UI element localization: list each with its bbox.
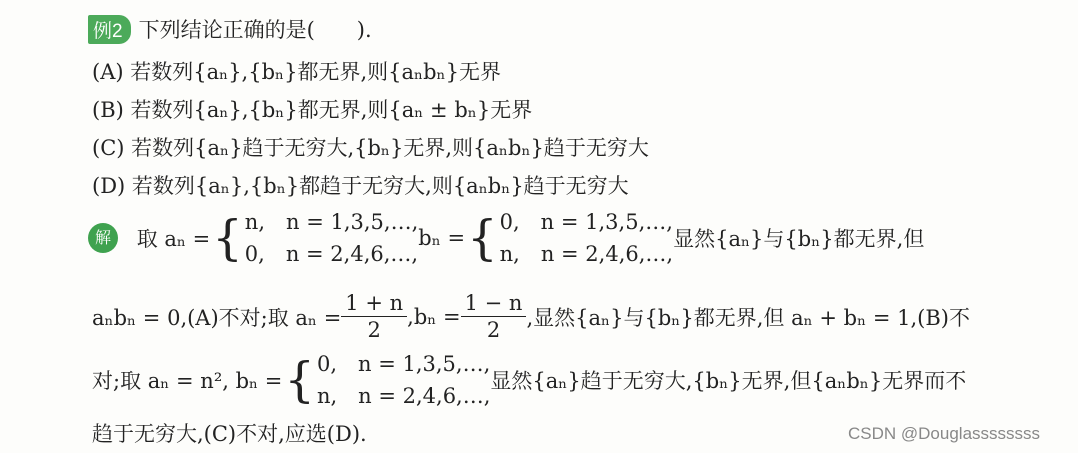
solution-line-1: 解 取 aₙ = { n, n = 1,3,5,…,0, n = 2,4,6,…… (88, 206, 924, 270)
question-text: 下列结论正确的是( ). (139, 18, 372, 42)
brace-icon: { (467, 214, 498, 262)
case: n, n = 1,3,5,…, (245, 206, 418, 238)
case: 0, n = 1,3,5,…, (500, 206, 673, 238)
fraction: 1 − n2 (461, 290, 527, 343)
example-badge: 例2 (88, 15, 131, 44)
option-a: (A) 若数列{aₙ},{bₙ}都无界,则{aₙbₙ}无界 (92, 56, 501, 86)
question-line: 例2下列结论正确的是( ). (88, 14, 372, 44)
text: 对;取 aₙ = n², bₙ = (92, 365, 282, 395)
solution-line-4: 趋于无穷大,(C)不对,应选(D). (92, 418, 367, 448)
text: aₙbₙ = 0,(A)不对;取 aₙ = (92, 302, 341, 332)
case: 0, n = 2,4,6,…, (245, 238, 418, 270)
case: n, n = 2,4,6,…, (500, 238, 673, 270)
brace-icon: { (284, 356, 315, 404)
watermark: CSDN @Douglassssssss (848, 424, 1040, 444)
brace-icon: { (212, 214, 243, 262)
option-c: (C) 若数列{aₙ}趋于无穷大,{bₙ}无界,则{aₙbₙ}趋于无穷大 (92, 132, 649, 162)
text: 取 aₙ = (137, 223, 211, 253)
solution-line-2: aₙbₙ = 0,(A)不对;取 aₙ = 1 + n2 ,bₙ = 1 − n… (92, 290, 970, 343)
solution-line-3: 对;取 aₙ = n², bₙ = { 0, n = 1,3,5,…,n, n … (92, 348, 966, 412)
text: bₙ = (418, 226, 465, 250)
text: 显然{aₙ}趋于无穷大,{bₙ}无界,但{aₙbₙ}无界而不 (490, 365, 966, 395)
text: ,bₙ = (407, 305, 460, 329)
text: ,显然{aₙ}与{bₙ}都无界,但 aₙ + bₙ = 1,(B)不 (526, 302, 969, 332)
option-b: (B) 若数列{aₙ},{bₙ}都无界,则{aₙ ± bₙ}无界 (92, 94, 532, 124)
solution-badge-icon: 解 (88, 223, 118, 253)
case: 0, n = 1,3,5,…, (317, 348, 490, 380)
option-d: (D) 若数列{aₙ},{bₙ}都趋于无穷大,则{aₙbₙ}趋于无穷大 (92, 170, 629, 200)
case: n, n = 2,4,6,…, (317, 380, 490, 412)
text: 显然{aₙ}与{bₙ}都无界,但 (673, 223, 924, 253)
fraction: 1 + n2 (341, 290, 407, 343)
